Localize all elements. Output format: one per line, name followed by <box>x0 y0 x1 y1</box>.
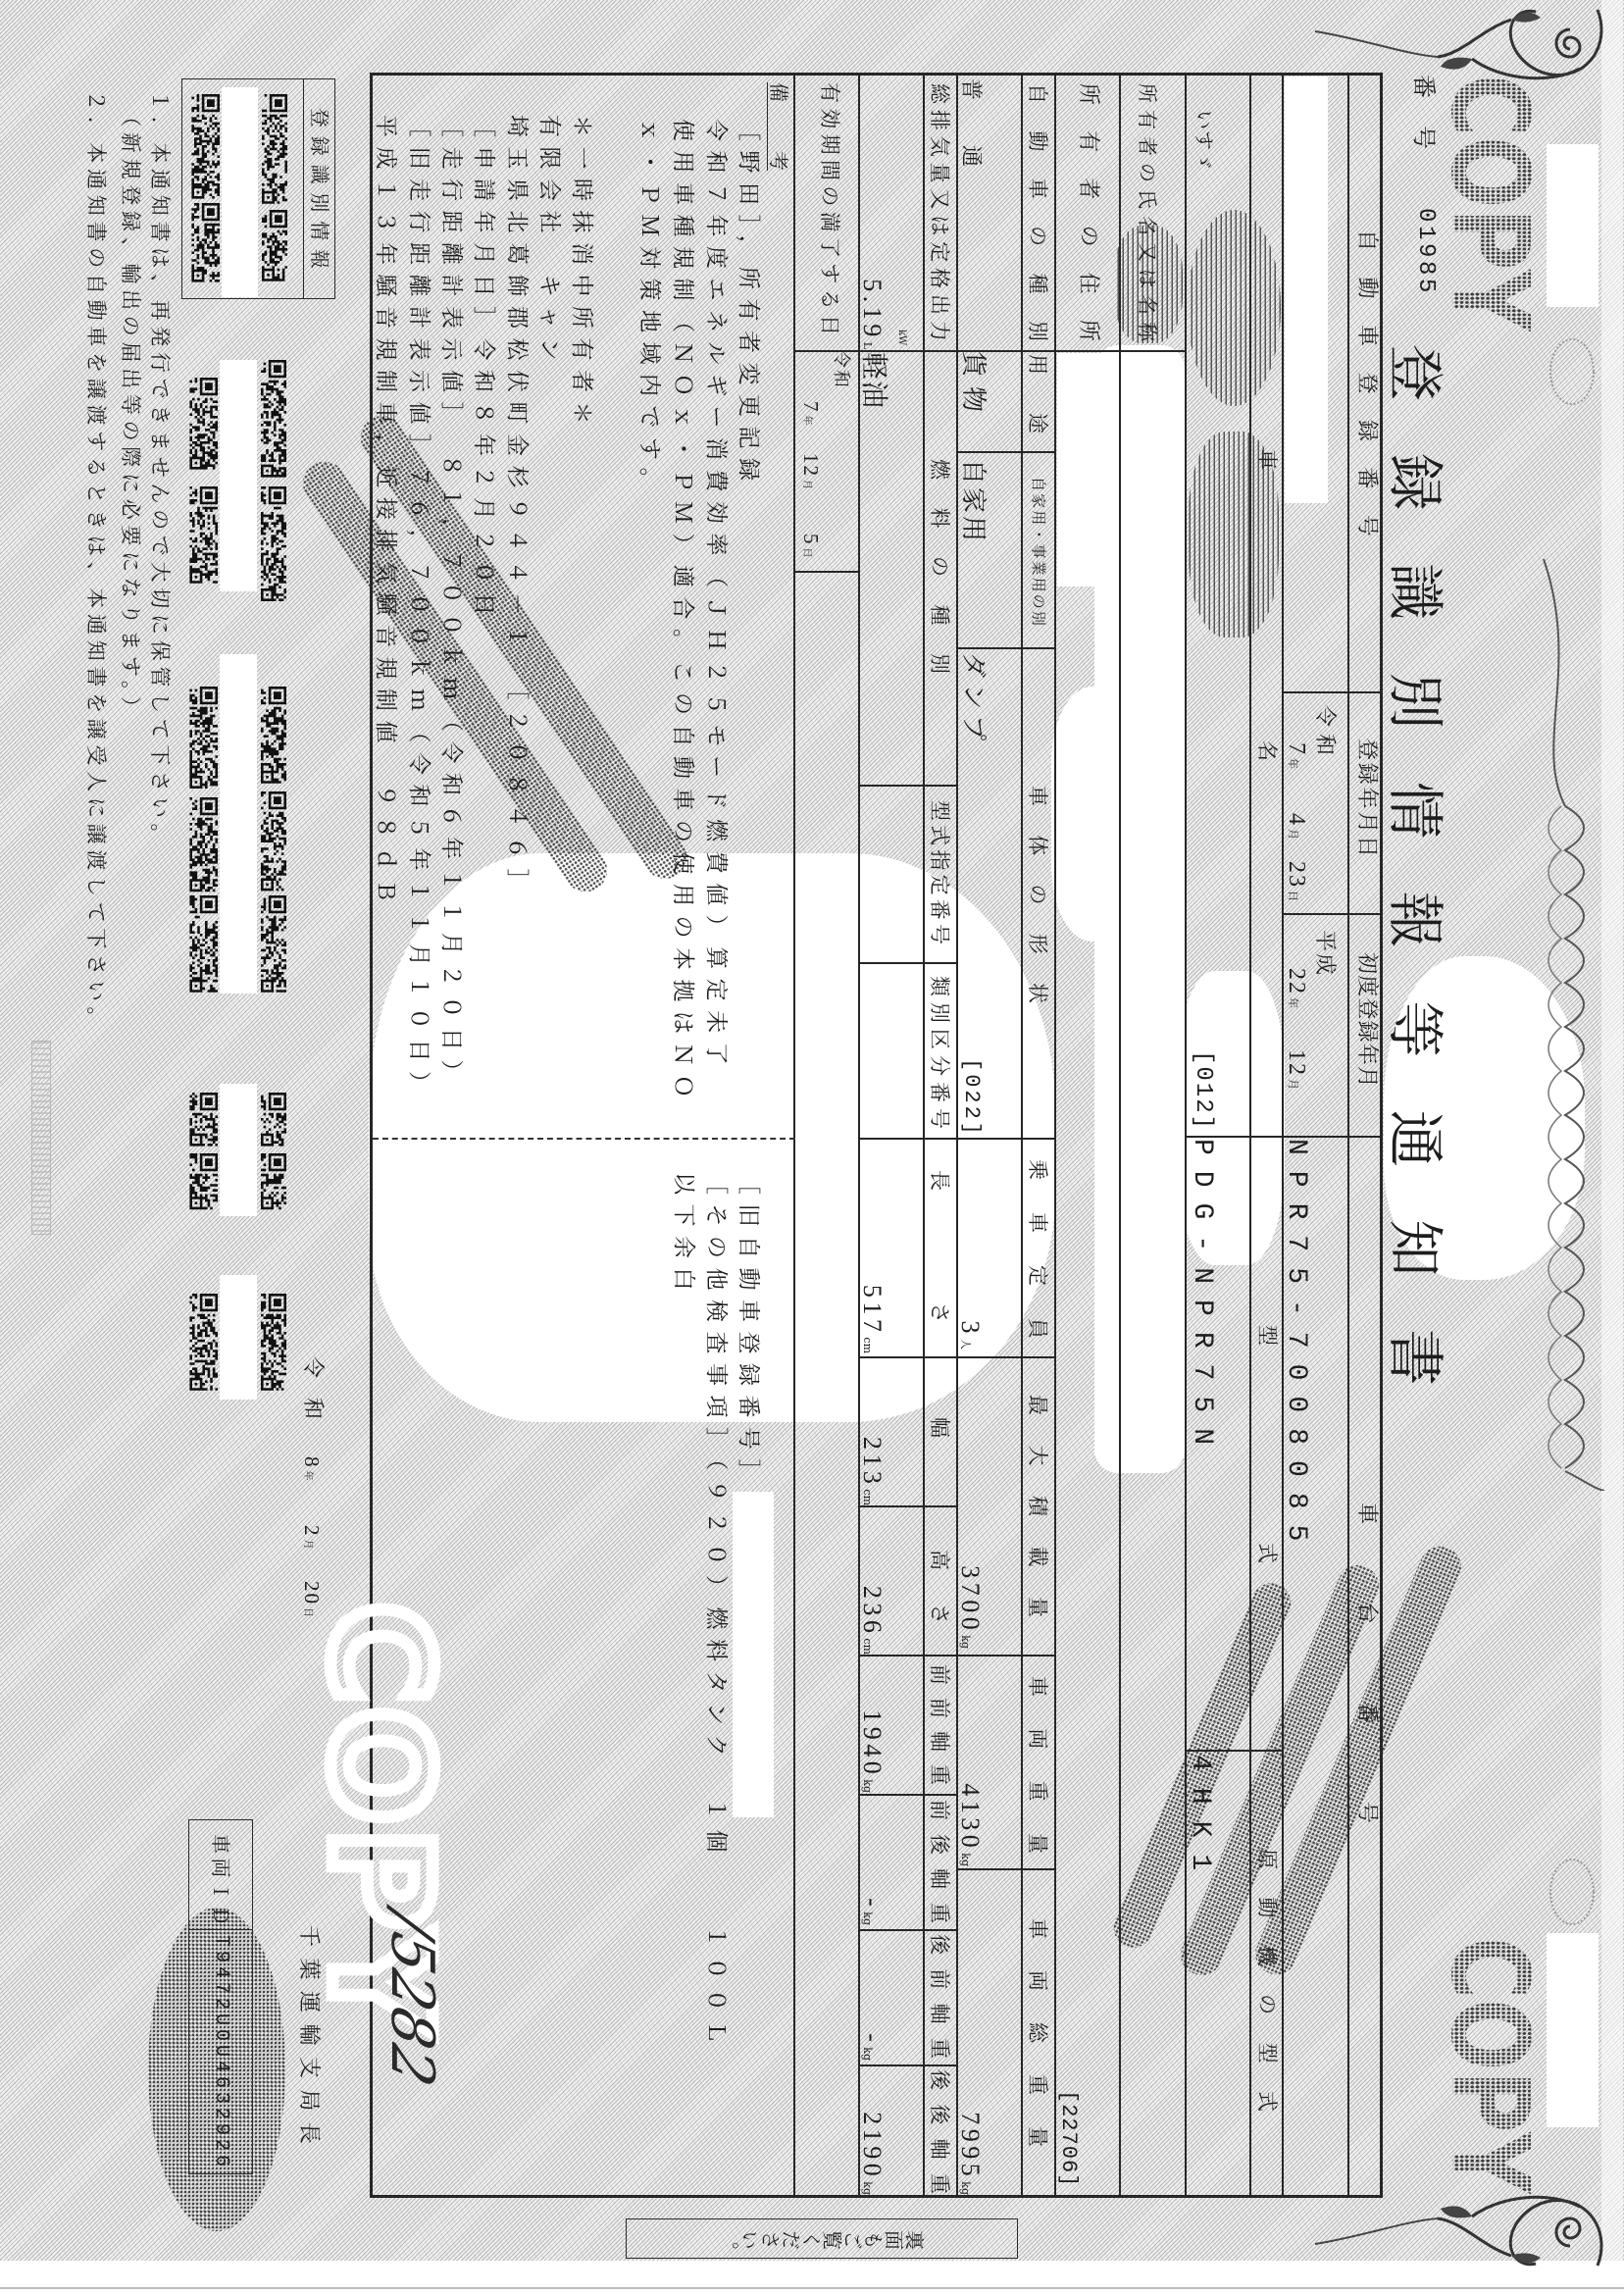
kg-unit: kg <box>959 1853 972 1866</box>
qr-code <box>189 1153 218 1210</box>
qr-code <box>260 94 287 204</box>
liter-unit: L <box>861 342 874 349</box>
axle-number: 2190 <box>858 2112 887 2180</box>
displacement-label: 総排気量又は定格出力 <box>929 83 949 341</box>
footnote: １．本通知書は、再発行できませんので大切に保管して下さい。 <box>149 90 170 849</box>
table-rule <box>958 451 1056 453</box>
vehicle-type: 普通 <box>959 78 981 167</box>
day-unit: 日 <box>302 1607 313 1617</box>
use-label: 用途 <box>1027 354 1047 433</box>
day-number: 5 <box>799 534 823 546</box>
table-rule <box>860 962 958 964</box>
qr-code <box>259 1093 286 1147</box>
month-number: 2 <box>300 1525 324 1538</box>
capacity-label: 乗車定員 <box>1027 1159 1047 1339</box>
table-rule <box>1187 1136 1382 1138</box>
qr-code <box>259 895 286 994</box>
owner-name-redaction <box>1121 353 1163 687</box>
max-load-label: 最大積載量 <box>1027 1395 1047 1617</box>
owner-name-label: 所有者の氏名又は名称 <box>1138 83 1157 341</box>
qr-code <box>191 203 220 283</box>
private-business-label: 自家用・事業用の別 <box>1031 477 1045 626</box>
table-rule <box>1054 74 1056 2197</box>
qr-redaction <box>220 360 257 591</box>
issue-date-month: 2月 <box>301 1525 322 1550</box>
engine-model-label: 原動機の型式 <box>1256 1849 1277 2112</box>
displacement-number: 5.19 <box>858 279 887 341</box>
year-number: 22 <box>1284 968 1309 995</box>
serial-label: 番号 <box>1412 75 1436 149</box>
remarks-divider <box>373 1138 795 1140</box>
qr-code <box>189 797 218 892</box>
month-unit: 月 <box>1287 829 1299 840</box>
side-note: 裏面もご覧ください。 <box>719 2229 925 2249</box>
registration-id-info-label: 登録識別情報 <box>310 108 330 269</box>
expiry-era: 令和 <box>832 350 849 387</box>
table-rule <box>1187 1750 1284 1752</box>
qr-code <box>259 360 286 478</box>
year-unit: 年 <box>801 416 812 426</box>
width-value: 213cm <box>859 1356 885 1505</box>
gross-weight-number: 7995 <box>956 2112 985 2180</box>
remarks-label-underline <box>767 82 768 171</box>
year-number: 7 <box>799 401 823 414</box>
qr-code <box>259 791 286 892</box>
seal-mark-icon <box>1549 338 1595 405</box>
first-registration-year: 22年 <box>1285 968 1309 1008</box>
axle-front-front-label: 前前軸重 <box>929 1664 949 1785</box>
remarks-line: 令和７年度エネルギー消費効率（ＪＨ２５モード燃費値）算定未了 <box>704 119 727 1074</box>
vehicle-id-value: T9472U0U4632926 <box>211 1935 230 2170</box>
owner-block-line: 有限会社 キャン <box>537 115 560 370</box>
capacity-value: 3人 <box>957 1138 983 1350</box>
fuel-value: 軽油 <box>860 352 888 409</box>
model-label: 型式 <box>1256 1325 1277 1563</box>
registration-id-info-divider <box>303 78 304 299</box>
serial-number: 01985 <box>1413 208 1437 296</box>
qr-code <box>189 895 218 994</box>
length-number: 517 <box>858 1285 887 1337</box>
vehicle-id-label: 車両ＩＤ <box>211 1834 230 1925</box>
table-rule <box>923 74 925 2197</box>
remarks-line: 以下余白 <box>672 1172 694 1300</box>
hatched-pattern <box>1188 210 1281 406</box>
width-label: 幅 <box>929 1417 949 1438</box>
handwritten-note: /5282 <box>382 1908 441 2092</box>
qr-redaction <box>220 654 257 994</box>
side-note-box: 裏面もご覧ください。 <box>626 2218 1018 2259</box>
qr-redaction <box>220 1084 257 1216</box>
body-shape-code: [022] <box>960 1058 982 1138</box>
month-number: 12 <box>1284 1049 1309 1077</box>
vehicle-name: いすゞ <box>1194 110 1214 171</box>
kilowatt-unit: kW <box>896 330 906 345</box>
qr-redaction <box>222 87 258 297</box>
kg-unit: kg <box>959 1635 972 1649</box>
qr-code <box>259 486 286 602</box>
vehicle-weight-number: 4130 <box>956 1783 985 1852</box>
persons-unit: 人 <box>959 1339 972 1350</box>
height-number: 236 <box>858 1586 887 1638</box>
kg-unit: kg <box>861 1912 874 1925</box>
year-unit: 年 <box>1287 997 1299 1008</box>
vehicle-weight-value: 4130kg <box>957 1655 983 1866</box>
axle-rear-front-label: 後前軸重 <box>929 1934 949 2059</box>
length-value: 517cm <box>859 1138 885 1353</box>
gross-weight-label: 車両総重量 <box>1027 1918 1047 2147</box>
owner-block-line: 埼玉県北葛飾郡松伏町金杉９４４－１ ［２０８４６］ <box>505 115 528 900</box>
fuel-label: 燃料の種別 <box>929 459 949 674</box>
use-value: 貨物 <box>960 351 986 422</box>
remarks-line: ［旧自動車登録番号］ <box>736 1172 759 1491</box>
footnote: ２．本通知書の自動車を譲渡するときは、本通知書を譲受人に譲渡して下さい。 <box>85 90 106 1033</box>
registration-number-redaction <box>1285 76 1328 503</box>
document-title: 登録識別情報等通知書 <box>1387 344 1444 1386</box>
kg-unit: kg <box>861 1779 874 1793</box>
axle-rear-rear-label: 後後軸重 <box>929 2069 949 2194</box>
seal-mark-icon <box>1549 1859 1595 1925</box>
kg-unit: kg <box>861 2047 874 2061</box>
remarks-line: 使用車種規制（ＮＯｘ・ＰＭ）適合。この自動車の使用の本拠はＮＯ <box>671 119 693 1107</box>
month-unit: 月 <box>302 1540 313 1550</box>
qr-code <box>191 94 220 199</box>
void-pattern <box>1547 144 1599 307</box>
owner-block-line: ［旧走行距離計表示値］７６，７００ｋｍ（令和５年１１月１０日） <box>407 115 430 1103</box>
first-registration-month: 12月 <box>1285 1049 1309 1090</box>
vehicle-weight-label: 車両重量 <box>1027 1676 1047 1854</box>
table-rule <box>795 571 860 573</box>
top-border-ornament-icon <box>1526 549 1624 1491</box>
registration-date-era: 令和 <box>1313 705 1335 755</box>
expiry-month: 12月 <box>800 453 821 489</box>
day-unit: 日 <box>801 548 812 558</box>
registration-date-year: 7年 <box>1285 742 1309 769</box>
qr-code <box>189 378 218 472</box>
gross-weight-value: 7995kg <box>957 1868 983 2195</box>
year-number: 8 <box>300 1456 324 1469</box>
month-number: 4 <box>1284 813 1309 827</box>
width-number: 213 <box>858 1437 887 1489</box>
printer-mark-icon <box>31 1041 51 1235</box>
axle-rear-front-value: -kg <box>859 1929 885 2061</box>
remarks-line: ［その他検査事項］（９２０）燃料タンク １個 １００Ｌ <box>704 1172 727 2053</box>
scan-edge-line <box>0 2287 1624 2289</box>
axle-front-front-value: 1940kg <box>859 1656 885 1793</box>
expiry-year: 7年 <box>800 401 821 426</box>
axle-number: 1940 <box>858 1709 887 1778</box>
owner-address-label: 所有者の住所 <box>1077 83 1098 341</box>
vehicle-name-label: 車名 <box>1256 449 1277 761</box>
footnote: （新規登録、輸出の届出等の際に必要になります。） <box>120 90 140 723</box>
month-number: 12 <box>799 453 823 478</box>
model-value: PDG-NPR75N <box>1188 1139 1215 1460</box>
qr-code <box>189 486 218 585</box>
category-number-label: 類別区分番号 <box>929 976 949 1129</box>
qr-code <box>259 1294 286 1392</box>
owner-address-redaction <box>1057 353 1104 586</box>
owner-block-line: ［申請年月日］令和８年２月２０日 <box>472 115 494 625</box>
table-rule <box>1284 691 1382 693</box>
owner-block-line: ＊一時抹消中所有者＊ <box>570 115 592 433</box>
length-label: 長さ <box>929 1170 949 1323</box>
axle-front-rear-value: -kg <box>859 1794 885 1925</box>
table-rule <box>860 785 958 787</box>
registration-date-label: 登録年月日 <box>1355 739 1377 857</box>
vehicle-id-divider <box>188 1929 253 1930</box>
copy-watermark: COPY <box>1436 1937 1543 2194</box>
first-registration-label: 初度登録年月 <box>1355 952 1377 1088</box>
expiry-label: 有効期間の満了する日 <box>819 82 839 335</box>
qr-code <box>259 1153 286 1210</box>
table-rule <box>958 647 1056 649</box>
axle-number: - <box>858 1898 887 1911</box>
qr-code <box>259 687 286 785</box>
table-rule <box>795 350 1187 352</box>
remarks-label: 備考 <box>769 82 788 171</box>
chassis-number-label: 車台番号 <box>1355 1503 1377 1823</box>
kg-unit: kg <box>861 2181 874 2195</box>
table-border <box>370 73 1383 76</box>
first-registration-era: 平成 <box>1313 930 1335 975</box>
table-rule <box>1284 913 1382 915</box>
issue-date-day: 20日 <box>301 1581 322 1617</box>
max-load-number: 3700 <box>956 1565 985 1634</box>
registration-date-day: 23日 <box>1285 861 1309 901</box>
chassis-number: NPR75-7008085 <box>1282 1139 1309 1556</box>
vehicle-type-label: 自動車の種別 <box>1027 83 1047 341</box>
kg-unit: kg <box>959 2181 972 2195</box>
cm-unit: cm <box>861 1489 874 1505</box>
private-business-value: 自家用 <box>960 459 986 544</box>
qr-code <box>260 210 287 283</box>
type-designation-label: 型式指定番号 <box>929 800 949 944</box>
year-number: 7 <box>1284 742 1309 756</box>
registration-notice-document: COPY COPY 番号 01985 登録識別情報等通知書 自動車登録番号 登録… <box>0 0 1624 2294</box>
remarks-line: ｘ・ＰＭ対策地域内です。 <box>637 119 660 499</box>
max-load-value: 3700kg <box>957 1356 983 1649</box>
qr-redaction <box>220 1275 257 1400</box>
displacement-value: 5.19L <box>859 245 885 349</box>
cm-unit: cm <box>861 1337 874 1353</box>
old-registration-redaction <box>733 1492 774 1817</box>
issuer: 千葉運輸支局長 <box>297 1925 319 2144</box>
registration-number-label: 自動車登録番号 <box>1355 229 1377 536</box>
day-number: 20 <box>300 1581 324 1606</box>
cm-unit: cm <box>861 1638 874 1655</box>
table-border <box>370 2195 1383 2198</box>
month-unit: 月 <box>1287 1079 1299 1090</box>
body-shape-label: 車体の形状 <box>1027 786 1047 1003</box>
remarks-line: ［野田］，所有者変更記録 <box>736 119 759 490</box>
issue-date-year: 8年 <box>301 1456 322 1481</box>
body-shape-value: ダンプ <box>960 652 986 746</box>
day-number: 23 <box>1284 861 1309 889</box>
axle-rear-rear-value: 2190kg <box>859 2065 885 2195</box>
capacity-number: 3 <box>956 1321 985 1339</box>
issue-date-era: 令和 <box>301 1356 323 1419</box>
owner-block-line: 平成１３年騒音規制車，近接排気騒音規制値 ９８ｄＢ <box>374 115 396 912</box>
axle-front-rear-label: 前後軸重 <box>929 1800 949 1923</box>
axle-number: - <box>858 2033 887 2046</box>
vehicle-name-code: [012] <box>1191 1050 1214 1131</box>
copy-watermark: COPY <box>1436 75 1543 331</box>
height-label: 高さ <box>929 1550 949 1624</box>
month-unit: 月 <box>801 480 812 489</box>
owner-block-line: ［走行距離計表示値］ ８１，７００ｋｍ（令和６年１１月２０日） <box>439 115 462 1092</box>
day-unit: 日 <box>1287 891 1299 901</box>
expiry-day: 5日 <box>800 534 821 558</box>
void-pattern <box>1547 1933 1599 2127</box>
height-value: 236cm <box>859 1505 885 1655</box>
year-unit: 年 <box>1287 758 1299 769</box>
qr-code <box>189 1093 218 1147</box>
year-unit: 年 <box>302 1471 313 1481</box>
engine-model-value: 4HK1 <box>1186 1755 1213 1887</box>
table-rule <box>793 74 795 2197</box>
qr-code <box>189 1294 218 1392</box>
owner-address-code: [22706] <box>1057 2090 1079 2187</box>
table-rule <box>1021 74 1023 2197</box>
registration-date-month: 4月 <box>1285 813 1309 840</box>
qr-code <box>189 687 218 790</box>
